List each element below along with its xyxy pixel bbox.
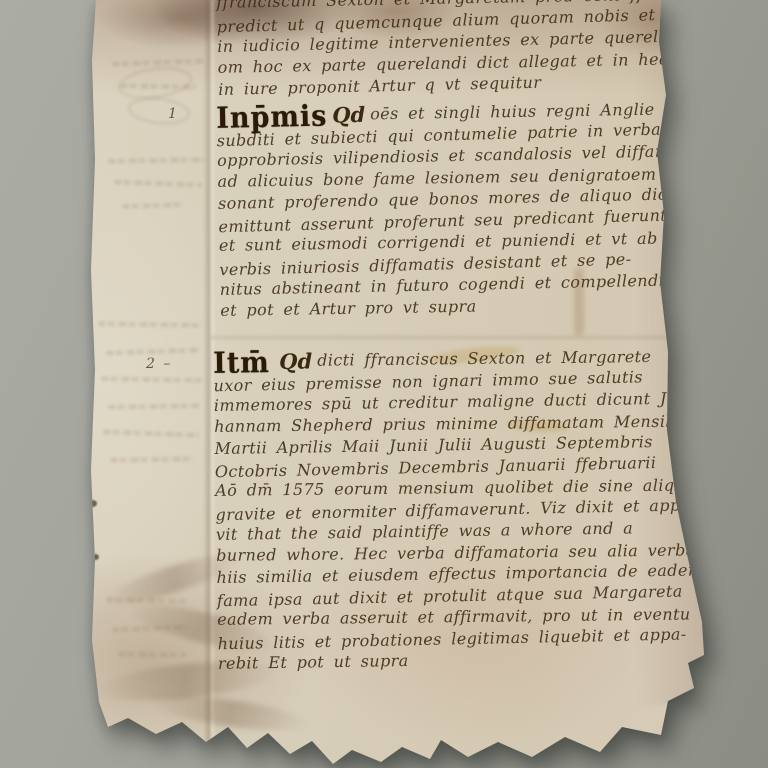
- crumple-shadow: [149, 689, 311, 737]
- ink-speck: [88, 500, 97, 507]
- horizontal-crease: [210, 334, 680, 341]
- paragraph-lines: ffranciscum Sexton et Margaretam pred co…: [216, 0, 742, 100]
- photo-of-manuscript: { "photo": { "scene": "photograph of a h…: [0, 0, 768, 768]
- paper-sheet: 1 2 – ffranciscum Sexton et Margaretam p…: [0, 0, 768, 768]
- bleed-through-text: [108, 403, 200, 410]
- bleed-through-flourish: [127, 95, 191, 127]
- item-article: Itm̄ Qd dicti ffranciscus Sexton et Marg…: [213, 344, 720, 674]
- bleed-through-text: [101, 376, 203, 383]
- margin-numeral-1: 1: [168, 106, 177, 122]
- bleed-through-text: [106, 347, 200, 355]
- manuscript-paper: 1 2 – ffranciscum Sexton et Margaretam p…: [0, 0, 768, 768]
- bleed-through-text: [118, 651, 186, 657]
- bleed-through-text: [98, 321, 202, 328]
- bleed-through-text: [114, 179, 202, 187]
- paragraph-lines: oēs et singli huius regni Anglie subditi…: [216, 97, 711, 322]
- margin-numeral-2: 2 –: [146, 356, 172, 372]
- bleed-through-text: [110, 456, 194, 462]
- bleed-through-text: [122, 202, 184, 209]
- ink-speck: [92, 554, 99, 560]
- bleed-through-text: [108, 157, 204, 164]
- opening-paragraph: ffranciscum Sexton et Margaretam pred co…: [216, 0, 742, 100]
- bleed-through-text: [112, 58, 204, 66]
- inprimis-article: Inp̄mis Qd oēs et singli huius regni Ang…: [216, 97, 711, 322]
- bleed-through-text: [103, 429, 199, 437]
- paragraph-lines: dicti ffranciscus Sexton et Margarete ux…: [213, 344, 720, 674]
